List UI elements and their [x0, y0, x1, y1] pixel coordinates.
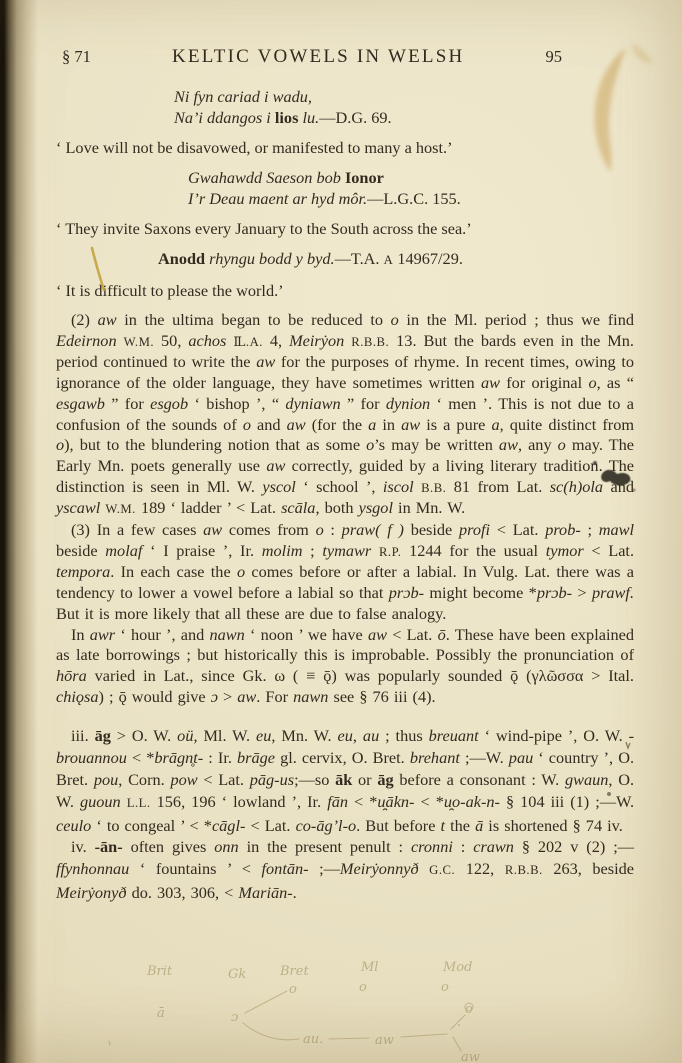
pencil-vowel: o — [441, 980, 449, 995]
pencil-vowel: aw — [461, 1050, 480, 1063]
binding-shadow — [0, 0, 56, 1063]
pencil-label: Mod — [442, 960, 472, 975]
pencil-vowel: ā — [157, 1006, 165, 1021]
verse-quote-2: Gwahawdd Saeson bob Ionor I’r Deau maent… — [188, 167, 634, 209]
pencil-label: Bret — [279, 964, 309, 979]
pencil-label: Ml — [360, 960, 378, 975]
verse-line: I’r Deau maent ar hyd môr.—L.G.C. 155. — [188, 188, 634, 209]
paragraph-awr-nawn: In awr ‘ hour ’, and nawn ‘ noon ’ we ha… — [56, 625, 634, 708]
pencil-vowel: o — [465, 1002, 473, 1017]
section-number: § 71 — [56, 47, 91, 67]
verse-line: Ni fyn cariad i wadu, — [174, 86, 634, 107]
paragraph-iv: iv. -ān- often gives onn in the present … — [56, 836, 634, 903]
paragraph-iii: iii. āg > O. W. oü, Ml. W. eu, Mn. W. eu… — [56, 725, 634, 836]
page-header: § 71 KELTIC VOWELS IN WELSH 95 — [56, 46, 634, 68]
translation-3: ‘ It is difficult to please the world.’ — [56, 280, 634, 301]
running-title: KELTIC VOWELS IN WELSH — [91, 46, 546, 68]
pencil-vowel: ɔ — [231, 1010, 238, 1025]
pencil-vowel: aw — [375, 1033, 394, 1048]
page-content: § 71 KELTIC VOWELS IN WELSH 95 Ni fyn ca… — [56, 46, 634, 904]
pencil-vowel: au. — [303, 1032, 323, 1047]
paragraph-3: (3) In a few cases aw comes from o : pra… — [56, 520, 634, 625]
translation-1: ‘ Love will not be disavowed, or manifes… — [56, 137, 634, 158]
verse-line: Na’i ddangos i lios lu.—D.G. 69. — [174, 107, 634, 128]
pencil-diagram: Brit Gk Bret Ml Mod o o o ā ɔ au. aw o a… — [95, 945, 575, 1063]
pencil-vowel: o — [359, 980, 367, 995]
verse-line: Anodd rhyngu bodd y byd.—T.A. A 14967/29… — [158, 248, 634, 271]
translation-2: ‘ They invite Saxons every January to th… — [56, 218, 634, 239]
pencil-vowel: o — [289, 982, 297, 997]
pencil-label: Gk — [228, 967, 246, 982]
verse-quote-1: Ni fyn cariad i wadu, Na’i ddangos i lio… — [174, 86, 634, 128]
pencil-label: Brit — [146, 964, 173, 979]
verse-quote-3: Anodd rhyngu bodd y byd.—T.A. A 14967/29… — [158, 248, 634, 271]
verse-line: Gwahawdd Saeson bob Ionor — [188, 167, 634, 188]
paragraph-2: (2) aw in the ultima began to be reduced… — [56, 310, 634, 520]
book-page-scan: § 71 KELTIC VOWELS IN WELSH 95 Ni fyn ca… — [0, 0, 682, 1063]
page-number: 95 — [546, 47, 635, 67]
